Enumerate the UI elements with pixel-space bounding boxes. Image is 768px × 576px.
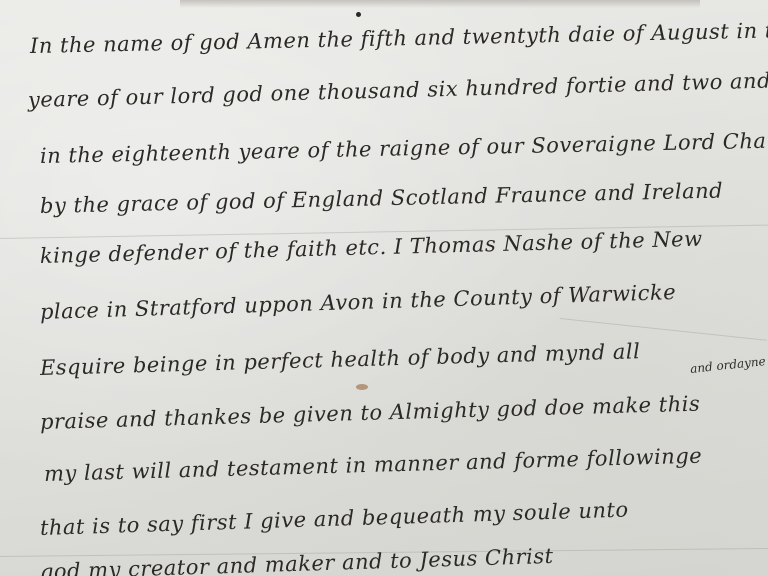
manuscript-line-3: in the eighteenth yeare of the raigne of… (40, 128, 768, 168)
manuscript-page: In the name of god Amen the fifth and tw… (0, 0, 768, 576)
paper-crease (560, 318, 767, 341)
manuscript-line-7: Esquire beinge in perfect health of body… (40, 339, 641, 380)
ink-blot (356, 12, 361, 17)
interlinear-insertion: and ordayne (689, 354, 766, 376)
manuscript-line-6: place in Stratford uppon Avon in the Cou… (40, 280, 677, 324)
manuscript-line-10: that is to say first I give and bequeath… (40, 498, 629, 540)
paper-stain (356, 384, 368, 390)
manuscript-line-11: god my creator and maker and to Jesus Ch… (40, 544, 554, 576)
manuscript-line-8: praise and thankes be given to Almighty … (40, 392, 701, 434)
manuscript-line-4: by the grace of god of England Scotland … (40, 179, 724, 218)
manuscript-line-1: In the name of god Amen the fifth and tw… (30, 18, 768, 58)
manuscript-line-5: kinge defender of the faith etc. I Thoma… (40, 227, 703, 268)
manuscript-line-2: yeare of our lord god one thousand six h… (28, 69, 768, 112)
manuscript-line-9: my last will and testament in manner and… (44, 444, 703, 486)
page-top-edge (180, 0, 700, 8)
